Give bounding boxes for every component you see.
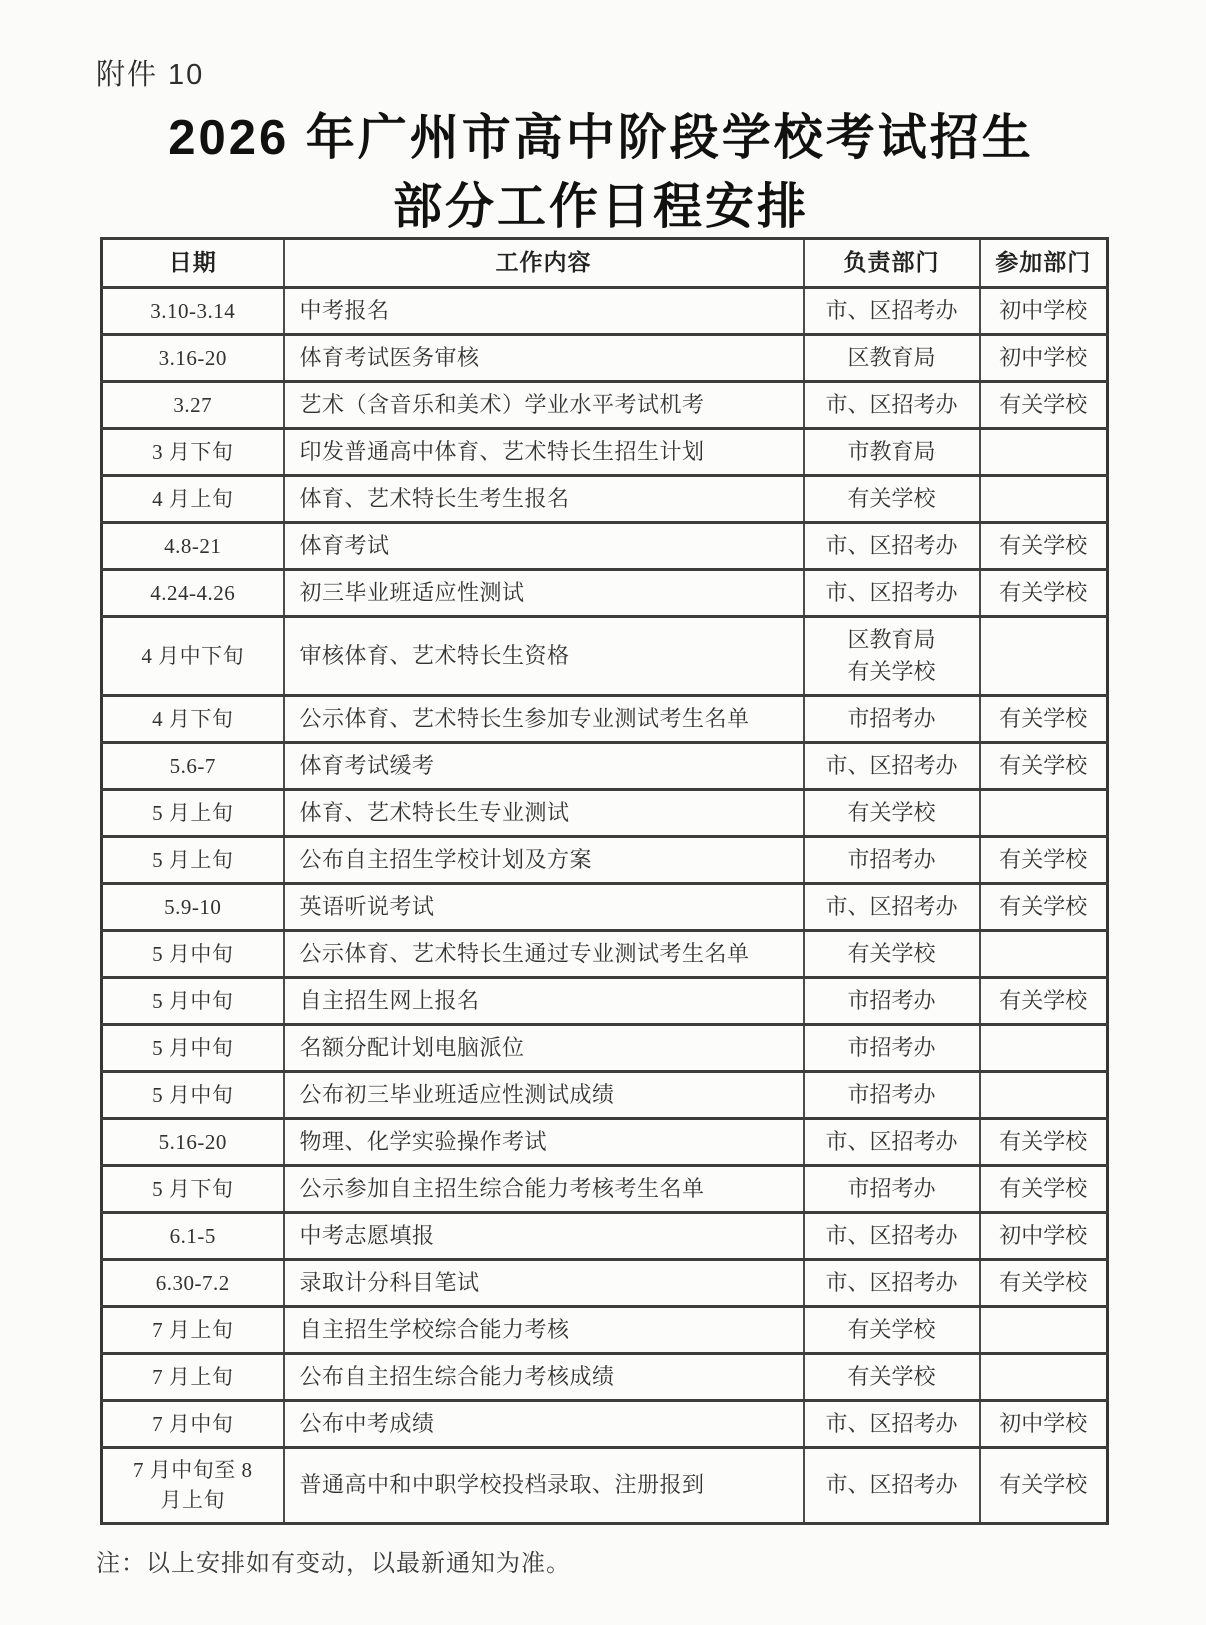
task-cell: 公示参加自主招生综合能力考核考生名单 [284,1165,804,1212]
responsible-cell: 市、区招考办 [804,570,980,617]
participate-cell [980,1071,1108,1118]
task-cell: 录取计分科目笔试 [284,1259,804,1306]
responsible-cell: 区教育局 [804,335,980,382]
task-cell: 体育、艺术特长生考生报名 [284,476,804,523]
date-cell: 5.9-10 [102,883,284,930]
date-cell: 5.6-7 [102,742,284,789]
table-row: 3 月下旬印发普通高中体育、艺术特长生招生计划市教育局 [102,429,1108,476]
task-cell: 体育考试 [284,523,804,570]
header-cell-task: 工作内容 [284,239,804,288]
table-row: 5.9-10英语听说考试市、区招考办有关学校 [102,883,1108,930]
participate-cell [980,617,1108,696]
footer-note: 注：以上安排如有变动，以最新通知为准。 [96,1543,571,1578]
participate-cell: 有关学校 [980,742,1108,789]
responsible-cell: 市、区招考办 [804,1259,980,1306]
table-row: 5 月中旬自主招生网上报名市招考办有关学校 [102,977,1108,1024]
task-cell: 物理、化学实验操作考试 [284,1118,804,1165]
responsible-cell: 区教育局 有关学校 [804,617,980,696]
table-row: 7 月中旬公布中考成绩市、区招考办初中学校 [102,1400,1108,1447]
table-body: 3.10-3.14中考报名市、区招考办初中学校3.16-20体育考试医务审核区教… [102,288,1108,1524]
date-cell: 7 月中旬 [102,1400,284,1447]
participate-cell: 有关学校 [980,1118,1108,1165]
date-cell: 5 月中旬 [102,977,284,1024]
participate-cell [980,429,1108,476]
table-row: 5 月中旬公布初三毕业班适应性测试成绩市招考办 [102,1071,1108,1118]
table-row: 7 月上旬公布自主招生综合能力考核成绩有关学校 [102,1353,1108,1400]
date-cell: 5 月上旬 [102,789,284,836]
responsible-cell: 市招考办 [804,1071,980,1118]
date-cell: 4 月上旬 [102,476,284,523]
table-row: 7 月中旬至 8 月上旬普通高中和中职学校投档录取、注册报到市、区招考办有关学校 [102,1447,1108,1523]
responsible-cell: 市招考办 [804,695,980,742]
responsible-cell: 市、区招考办 [804,1447,980,1523]
task-cell: 中考报名 [284,288,804,335]
participate-cell: 有关学校 [980,1447,1108,1523]
participate-cell [980,1024,1108,1071]
participate-cell: 有关学校 [980,1259,1108,1306]
date-cell: 3.10-3.14 [102,288,284,335]
date-cell: 6.30-7.2 [102,1259,284,1306]
task-cell: 审核体育、艺术特长生资格 [284,617,804,696]
task-cell: 公布自主招生学校计划及方案 [284,836,804,883]
participate-cell: 有关学校 [980,382,1108,429]
table-header-row: 日期 工作内容 负责部门 参加部门 [102,239,1108,288]
header-cell-participate: 参加部门 [980,239,1108,288]
participate-cell: 有关学校 [980,977,1108,1024]
task-cell: 自主招生网上报名 [284,977,804,1024]
page-title-line-2: 部分工作日程安排 [95,173,1107,242]
task-cell: 体育考试医务审核 [284,335,804,382]
table-row: 7 月上旬自主招生学校综合能力考核有关学校 [102,1306,1108,1353]
task-cell: 公布自主招生综合能力考核成绩 [284,1353,804,1400]
participate-cell: 初中学校 [980,288,1108,335]
task-cell: 中考志愿填报 [284,1212,804,1259]
responsible-cell: 市、区招考办 [804,382,980,429]
responsible-cell: 市、区招考办 [804,288,980,335]
task-cell: 公示体育、艺术特长生通过专业测试考生名单 [284,930,804,977]
table-row: 6.30-7.2录取计分科目笔试市、区招考办有关学校 [102,1259,1108,1306]
task-cell: 名额分配计划电脑派位 [284,1024,804,1071]
responsible-cell: 市招考办 [804,1165,980,1212]
responsible-cell: 市招考办 [804,977,980,1024]
task-cell: 体育考试缓考 [284,742,804,789]
task-cell: 公示体育、艺术特长生参加专业测试考生名单 [284,695,804,742]
participate-cell: 有关学校 [980,883,1108,930]
table-row: 5 月上旬体育、艺术特长生专业测试有关学校 [102,789,1108,836]
responsible-cell: 有关学校 [804,1353,980,1400]
date-cell: 6.1-5 [102,1212,284,1259]
date-cell: 7 月上旬 [102,1306,284,1353]
responsible-cell: 市教育局 [804,429,980,476]
responsible-cell: 市、区招考办 [804,523,980,570]
date-cell: 4.8-21 [102,523,284,570]
participate-cell: 有关学校 [980,695,1108,742]
participate-cell: 初中学校 [980,335,1108,382]
document-page: 附件 10 2026 年广州市高中阶段学校考试招生 部分工作日程安排 日期 工作… [0,0,1206,1625]
participate-cell: 有关学校 [980,1165,1108,1212]
table-row: 3.16-20体育考试医务审核区教育局初中学校 [102,335,1108,382]
date-cell: 5 月下旬 [102,1165,284,1212]
table-row: 6.1-5中考志愿填报市、区招考办初中学校 [102,1212,1108,1259]
task-cell: 公布中考成绩 [284,1400,804,1447]
header-cell-date: 日期 [102,239,284,288]
table-row: 5.16-20物理、化学实验操作考试市、区招考办有关学校 [102,1118,1108,1165]
task-cell: 体育、艺术特长生专业测试 [284,789,804,836]
responsible-cell: 市、区招考办 [804,1212,980,1259]
participate-cell [980,930,1108,977]
participate-cell: 有关学校 [980,570,1108,617]
task-cell: 印发普通高中体育、艺术特长生招生计划 [284,429,804,476]
date-cell: 5 月中旬 [102,1024,284,1071]
date-cell: 3.16-20 [102,335,284,382]
table-row: 4 月上旬体育、艺术特长生考生报名有关学校 [102,476,1108,523]
page-title-line-1: 2026 年广州市高中阶段学校考试招生 [95,104,1107,173]
table-row: 4 月中下旬审核体育、艺术特长生资格区教育局 有关学校 [102,617,1108,696]
participate-cell: 有关学校 [980,836,1108,883]
responsible-cell: 有关学校 [804,789,980,836]
responsible-cell: 市、区招考办 [804,1118,980,1165]
table-row: 3.10-3.14中考报名市、区招考办初中学校 [102,288,1108,335]
page-title: 2026 年广州市高中阶段学校考试招生 部分工作日程安排 [95,104,1107,242]
date-cell: 3 月下旬 [102,429,284,476]
responsible-cell: 有关学校 [804,1306,980,1353]
table-row: 5 月上旬公布自主招生学校计划及方案市招考办有关学校 [102,836,1108,883]
participate-cell [980,1353,1108,1400]
participate-cell [980,1306,1108,1353]
date-cell: 7 月上旬 [102,1353,284,1400]
table-row: 5 月中旬名额分配计划电脑派位市招考办 [102,1024,1108,1071]
responsible-cell: 有关学校 [804,930,980,977]
table-row: 3.27艺术（含音乐和美术）学业水平考试机考市、区招考办有关学校 [102,382,1108,429]
attachment-label: 附件 10 [96,52,204,93]
date-cell: 5.16-20 [102,1118,284,1165]
date-cell: 5 月中旬 [102,930,284,977]
participate-cell [980,476,1108,523]
task-cell: 英语听说考试 [284,883,804,930]
table-row: 4 月下旬公示体育、艺术特长生参加专业测试考生名单市招考办有关学校 [102,695,1108,742]
table-row: 4.24-4.26初三毕业班适应性测试市、区招考办有关学校 [102,570,1108,617]
responsible-cell: 市、区招考办 [804,1400,980,1447]
participate-cell: 初中学校 [980,1212,1108,1259]
table-row: 5 月中旬公示体育、艺术特长生通过专业测试考生名单有关学校 [102,930,1108,977]
date-cell: 4 月中下旬 [102,617,284,696]
table-row: 5.6-7体育考试缓考市、区招考办有关学校 [102,742,1108,789]
date-cell: 5 月上旬 [102,836,284,883]
date-cell: 4.24-4.26 [102,570,284,617]
responsible-cell: 市、区招考办 [804,883,980,930]
table-row: 4.8-21体育考试市、区招考办有关学校 [102,523,1108,570]
task-cell: 初三毕业班适应性测试 [284,570,804,617]
date-cell: 4 月下旬 [102,695,284,742]
date-cell: 3.27 [102,382,284,429]
task-cell: 艺术（含音乐和美术）学业水平考试机考 [284,382,804,429]
task-cell: 普通高中和中职学校投档录取、注册报到 [284,1447,804,1523]
responsible-cell: 市招考办 [804,1024,980,1071]
participate-cell: 有关学校 [980,523,1108,570]
header-cell-responsible: 负责部门 [804,239,980,288]
participate-cell: 初中学校 [980,1400,1108,1447]
responsible-cell: 市、区招考办 [804,742,980,789]
responsible-cell: 有关学校 [804,476,980,523]
participate-cell [980,789,1108,836]
task-cell: 公布初三毕业班适应性测试成绩 [284,1071,804,1118]
task-cell: 自主招生学校综合能力考核 [284,1306,804,1353]
date-cell: 5 月中旬 [102,1071,284,1118]
responsible-cell: 市招考办 [804,836,980,883]
date-cell: 7 月中旬至 8 月上旬 [102,1447,284,1523]
schedule-table: 日期 工作内容 负责部门 参加部门 3.10-3.14中考报名市、区招考办初中学… [100,237,1109,1525]
table-row: 5 月下旬公示参加自主招生综合能力考核考生名单市招考办有关学校 [102,1165,1108,1212]
